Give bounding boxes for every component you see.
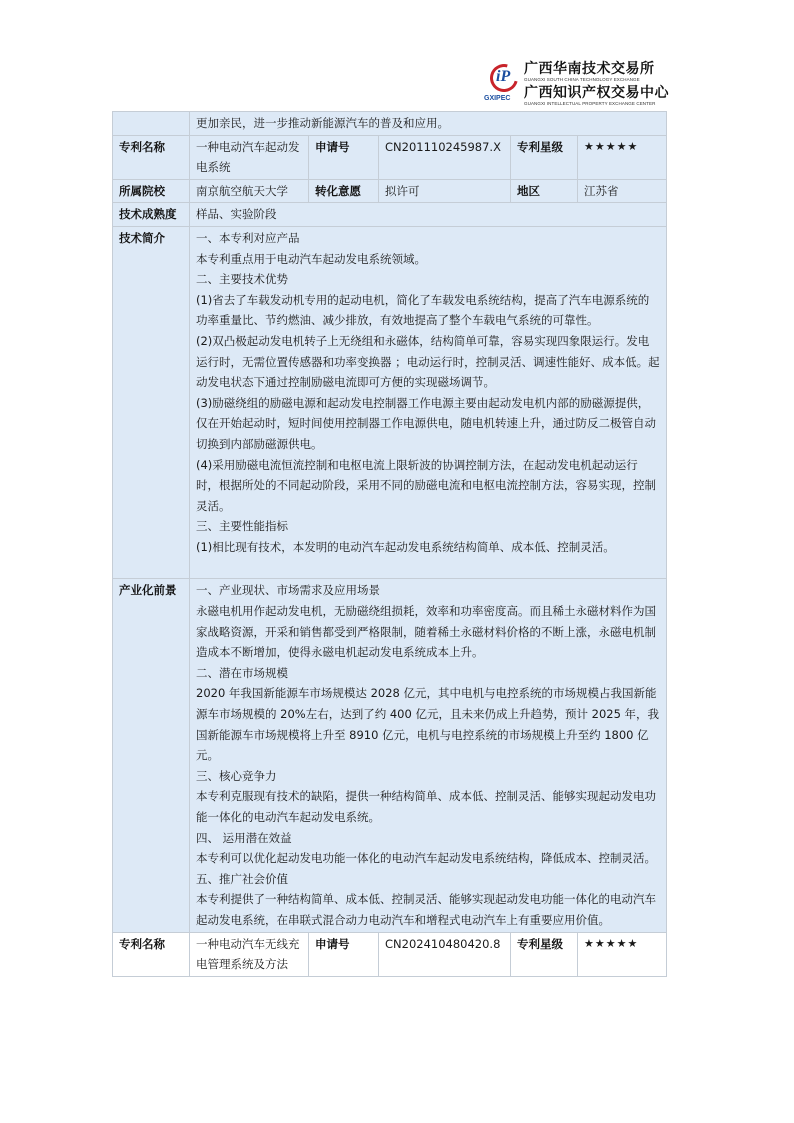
industrialization-prospect-content: 一、产业现状、市场需求及应用场景 永磁电机用作起动发电机，无励磁绕组损耗，效率和… [190,579,667,932]
tech-intro-label: 技术简介 [113,226,190,579]
continuation-row: 更加亲民，进一步推动新能源汽车的普及和应用。 [113,112,667,136]
prospect-paragraph: 一、产业现状、市场需求及应用场景 [196,580,660,601]
patent1-intro-row: 技术简介 一、本专利对应产品 本专利重点用于电动汽车起动发电系统领域。 二、主要… [113,226,667,579]
intro-paragraph: 二、主要技术优势 [196,269,660,290]
org2-chinese-name: 广西知识产权交易中心 [524,86,674,101]
prospect-paragraph: 本专利克服现有技术的缺陷，提供一种结构简单、成本低、控制灵活、能够实现起动发电功… [196,786,660,827]
intro-paragraph: 一、本专利对应产品 [196,228,660,249]
intro-spacer [196,557,660,577]
patent-star-rating: ★★★★★ [578,135,667,179]
patent-star-rating: ★★★★★ [578,932,667,976]
prospect-paragraph: 五、推广社会价值 [196,869,660,890]
logo-abbreviation: GXIPEC [484,95,510,102]
logo-ip-mark: iP [496,68,510,86]
header-logo: iP GXIPEC 广西华南技术交易所 GUANGXI SOUTH CHINA … [484,62,674,110]
prospect-paragraph: 本专利可以优化起动发电功能一体化的电动汽车起动发电系统结构，降低成本、控制灵活。 [196,848,660,869]
patent-name-value: 一种电动汽车无线充电管理系统及方法 [190,932,309,976]
school-label: 所属院校 [113,179,190,203]
application-number-value: CN202410480420.8 [379,932,511,976]
intro-paragraph: (3)励磁绕组的励磁电源和起动发电控制器工作电源主要由起动发电机内部的励磁源提供… [196,393,660,455]
patent-name-value: 一种电动汽车起动发电系统 [190,135,309,179]
intro-paragraph: 三、主要性能指标 [196,516,660,537]
patent1-school-row: 所属院校 南京航空航天大学 转化意愿 拟许可 地区 江苏省 [113,179,667,203]
school-value: 南京航空航天大学 [190,179,309,203]
region-value: 江苏省 [578,179,667,203]
continuation-text: 更加亲民，进一步推动新能源汽车的普及和应用。 [190,112,667,136]
transfer-intent-label: 转化意愿 [309,179,379,203]
patent-info-table: 更加亲民，进一步推动新能源汽车的普及和应用。 专利名称 一种电动汽车起动发电系统… [112,111,667,977]
transfer-intent-value: 拟许可 [379,179,511,203]
tech-intro-content: 一、本专利对应产品 本专利重点用于电动汽车起动发电系统领域。 二、主要技术优势 … [190,226,667,579]
organization-names: 广西华南技术交易所 GUANGXI SOUTH CHINA TECHNOLOGY… [524,62,674,107]
application-number-label: 申请号 [309,932,379,976]
patent-star-label: 专利星级 [511,135,578,179]
prospect-paragraph: 二、潜在市场规模 [196,663,660,684]
maturity-label: 技术成熟度 [113,203,190,227]
prospect-paragraph: 三、核心竞争力 [196,766,660,787]
org1-chinese-name: 广西华南技术交易所 [524,62,674,77]
intro-paragraph: (1)省去了车载发动机专用的起动电机，简化了车载发电系统结构，提高了汽车电源系统… [196,290,660,331]
application-number-value: CN201110245987.X [379,135,511,179]
org2-english-name: GUANGXI INTELLECTUAL PROPERTY EXCHANGE C… [524,101,674,107]
intro-paragraph: 本专利重点用于电动汽车起动发电系统领域。 [196,249,660,270]
patent1-prospect-row: 产业化前景 一、产业现状、市场需求及应用场景 永磁电机用作起动发电机，无励磁绕组… [113,579,667,932]
continuation-label-cell [113,112,190,136]
prospect-paragraph: 2020 年我国新能源车市场规模达 2028 亿元，其中电机与电控系统的市场规模… [196,683,660,765]
patent1-maturity-row: 技术成熟度 样品、实验阶段 [113,203,667,227]
patent2-name-row: 专利名称 一种电动汽车无线充电管理系统及方法 申请号 CN20241048042… [113,932,667,976]
industrialization-prospect-label: 产业化前景 [113,579,190,932]
intro-paragraph: (4)采用励磁电流恒流控制和电枢电流上限斩波的协调控制方法，在起动发电机起动运行… [196,455,660,517]
application-number-label: 申请号 [309,135,379,179]
patent-star-label: 专利星级 [511,932,578,976]
prospect-paragraph: 本专利提供了一种结构简单、成本低、控制灵活、能够实现起动发电功能一体化的电动汽车… [196,889,660,930]
patent-name-label: 专利名称 [113,135,190,179]
region-label: 地区 [511,179,578,203]
intro-paragraph: (2)双凸极起动发电机转子上无绕组和永磁体，结构简单可靠，容易实现四象限运行。发… [196,331,660,393]
patent-name-label: 专利名称 [113,932,190,976]
patent1-name-row: 专利名称 一种电动汽车起动发电系统 申请号 CN201110245987.X 专… [113,135,667,179]
intro-paragraph: (1)相比现有技术，本发明的电动汽车起动发电系统结构简单、成本低、控制灵活。 [196,537,660,558]
maturity-value: 样品、实验阶段 [190,203,667,227]
org1-english-name: GUANGXI SOUTH CHINA TECHNOLOGY EXCHANGE [524,77,674,83]
prospect-paragraph: 四、 运用潜在效益 [196,828,660,849]
gxipec-logo-icon: iP GXIPEC [484,62,524,108]
prospect-paragraph: 永磁电机用作起动发电机，无励磁绕组损耗，效率和功率密度高。而且稀土永磁材料作为国… [196,601,660,663]
